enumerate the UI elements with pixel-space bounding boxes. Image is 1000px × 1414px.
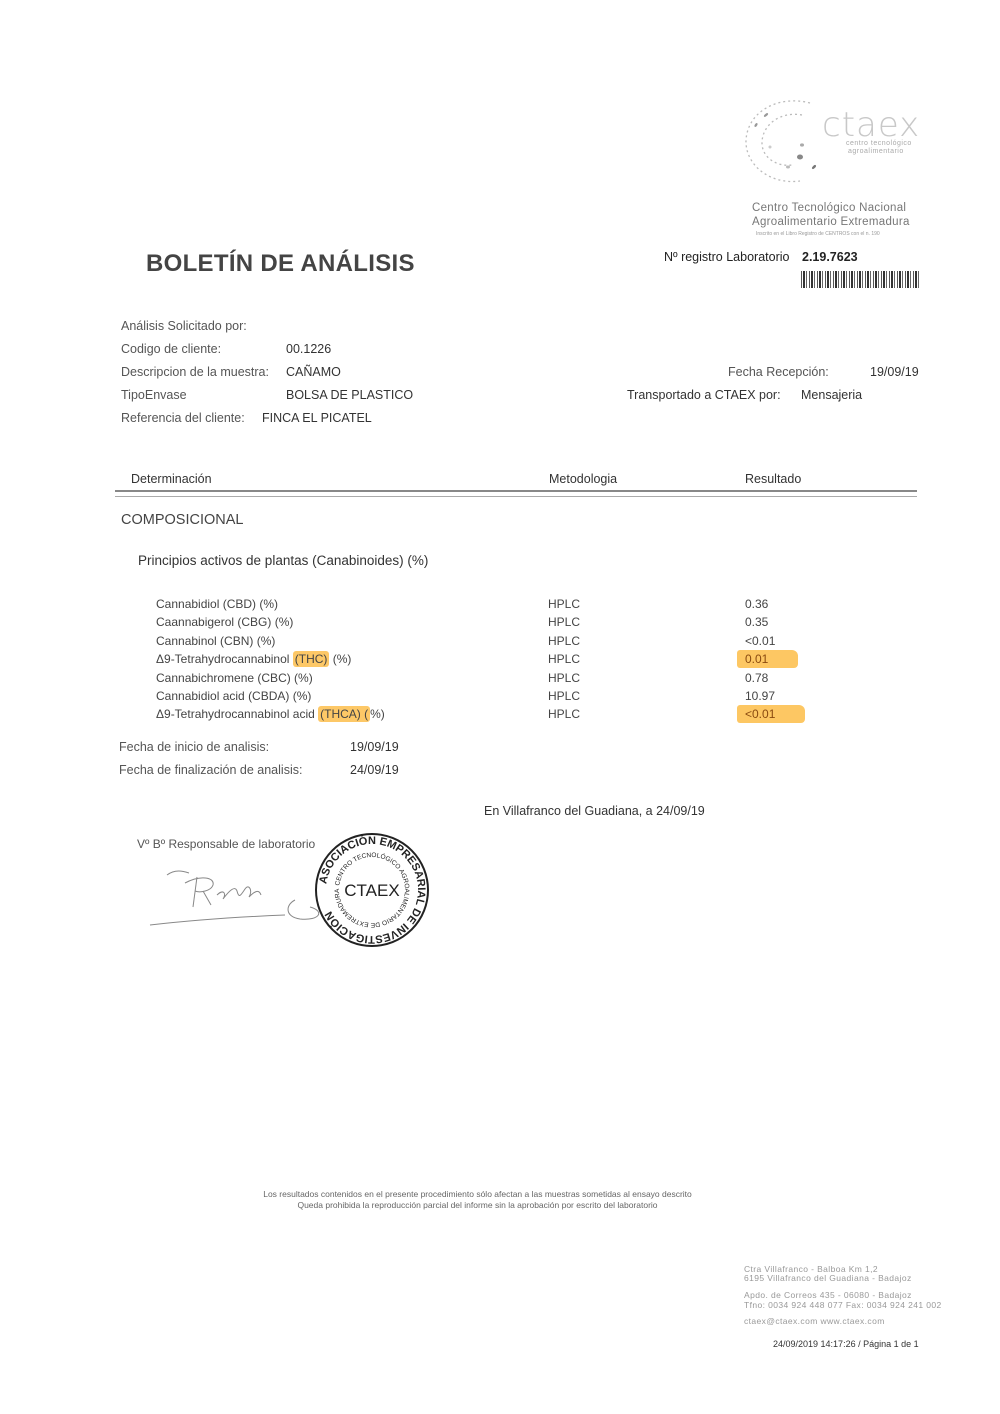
methodology-value: HPLC — [548, 689, 580, 703]
responsible-label: Vº Bº Responsable de laboratorio — [137, 837, 315, 851]
footer-address-4: Tfno: 0034 924 448 077 Fax: 0034 924 241… — [744, 1300, 942, 1310]
determination-name: Cannabidiol acid (CBDA) (%) — [156, 689, 311, 703]
signature-icon — [145, 855, 335, 935]
disclaimer-line-2: Queda prohibida la reproducción parcial … — [0, 1200, 955, 1210]
place-and-date: En Villafranco del Guadiana, a 24/09/19 — [484, 804, 705, 818]
result-value: 0.35 — [745, 615, 768, 629]
section-title: COMPOSICIONAL — [121, 512, 243, 528]
analysis-end-value: 24/09/19 — [350, 763, 399, 777]
highlighted-abbreviation: (THCA) ( — [318, 706, 370, 722]
logo-tagline-line-2: agroalimentario — [846, 148, 912, 156]
organization-registry-note: Inscrito en el Libro Registro de CENTROS… — [756, 231, 880, 237]
footer-address-3: Apdo. de Correos 435 - 06080 - Badajoz — [744, 1290, 912, 1300]
determination-name: Δ9-Tetrahydrocannabinol acid (THCA) (%) — [156, 707, 385, 721]
methodology-value: HPLC — [548, 652, 580, 666]
logo-wordmark: ctaex — [822, 105, 920, 145]
determination-text: Cannabidiol (CBD) (%) — [156, 597, 278, 611]
column-header-methodology: Metodologia — [549, 472, 617, 486]
logo-tagline-line-1: centro tecnológico — [846, 140, 912, 148]
column-header-result: Resultado — [745, 472, 801, 486]
result-value: <0.01 — [745, 707, 805, 721]
header-divider — [115, 490, 917, 497]
determination-text: Cannabinol (CBN) (%) — [156, 634, 275, 648]
transport-label: Transportado a CTAEX por: — [627, 388, 781, 402]
lab-registry-value: 2.19.7623 — [802, 250, 858, 264]
methodology-value: HPLC — [548, 615, 580, 629]
reception-date-value: 19/09/19 — [870, 365, 919, 379]
barcode — [801, 271, 921, 288]
requested-by-label: Análisis Solicitado por: — [121, 319, 247, 333]
column-header-determination: Determinación — [131, 472, 212, 486]
analysis-start-label: Fecha de inicio de analisis: — [119, 740, 269, 754]
result-value: <0.01 — [745, 634, 775, 648]
ctaex-logo-icon — [740, 95, 826, 187]
reception-date-label: Fecha Recepción: — [728, 365, 829, 379]
result-value: 0.01 — [745, 652, 798, 666]
subsection-title: Principios activos de plantas (Canabinoi… — [138, 553, 428, 568]
determination-text: Δ9-Tetrahydrocannabinol acid — [156, 707, 318, 721]
sample-description-value: CAÑAMO — [286, 365, 341, 379]
client-code-label: Codigo de cliente: — [121, 342, 221, 356]
determination-unit: %) — [370, 707, 385, 721]
footer-address-2: 6195 Villafranco del Guadiana - Badajoz — [744, 1273, 912, 1283]
determination-name: Cannabinol (CBN) (%) — [156, 634, 275, 648]
determination-unit: (%) — [329, 652, 351, 666]
print-timestamp-page: 24/09/2019 14:17:26 / Página 1 de 1 — [773, 1339, 919, 1349]
methodology-value: HPLC — [548, 634, 580, 648]
analysis-end-label: Fecha de finalización de analisis: — [119, 763, 302, 777]
determination-text: Δ9-Tetrahydrocannabinol — [156, 652, 293, 666]
determination-name: Cannabidiol (CBD) (%) — [156, 597, 278, 611]
client-code-value: 00.1226 — [286, 342, 331, 356]
lab-registry-label: Nº registro Laboratorio — [664, 250, 789, 264]
methodology-value: HPLC — [548, 671, 580, 685]
organization-name: Centro Tecnológico Nacional Agroalimenta… — [752, 201, 910, 229]
organization-name-line-1: Centro Tecnológico Nacional — [752, 201, 910, 215]
package-type-label: TipoEnvase — [121, 388, 187, 402]
analysis-start-value: 19/09/19 — [350, 740, 399, 754]
determination-name: Caannabigerol (CBG) (%) — [156, 615, 293, 629]
result-value: 0.78 — [745, 671, 768, 685]
sample-description-label: Descripcion de la muestra: — [121, 365, 269, 379]
package-type-value: BOLSA DE PLASTICO — [286, 388, 413, 402]
methodology-value: HPLC — [548, 707, 580, 721]
logo-tagline: centro tecnológico agroalimentario — [846, 140, 912, 156]
footer-contact: ctaex@ctaex.com www.ctaex.com — [744, 1316, 885, 1326]
client-reference-label: Referencia del cliente: — [121, 411, 245, 425]
result-value: 0.36 — [745, 597, 768, 611]
laboratory-stamp-icon: ASOCIACIÓN EMPRESARIAL DE INVESTIGACIÓN … — [312, 830, 432, 950]
methodology-value: HPLC — [548, 597, 580, 611]
document-title: BOLETÍN DE ANÁLISIS — [146, 250, 415, 278]
determination-text: Caannabigerol (CBG) (%) — [156, 615, 293, 629]
svg-text:CTAEX: CTAEX — [344, 881, 399, 900]
transport-value: Mensajeria — [801, 388, 862, 402]
highlighted-abbreviation: (THC) — [293, 651, 330, 667]
client-reference-value: FINCA EL PICATEL — [262, 411, 372, 425]
determination-name: Δ9-Tetrahydrocannabinol (THC) (%) — [156, 652, 351, 666]
organization-name-line-2: Agroalimentario Extremadura — [752, 215, 910, 229]
determination-text: Cannabidiol acid (CBDA) (%) — [156, 689, 311, 703]
determination-text: Cannabichromene (CBC) (%) — [156, 671, 313, 685]
determination-name: Cannabichromene (CBC) (%) — [156, 671, 313, 685]
disclaimer-line-1: Los resultados contenidos en el presente… — [0, 1189, 955, 1199]
result-value: 10.97 — [745, 689, 775, 703]
